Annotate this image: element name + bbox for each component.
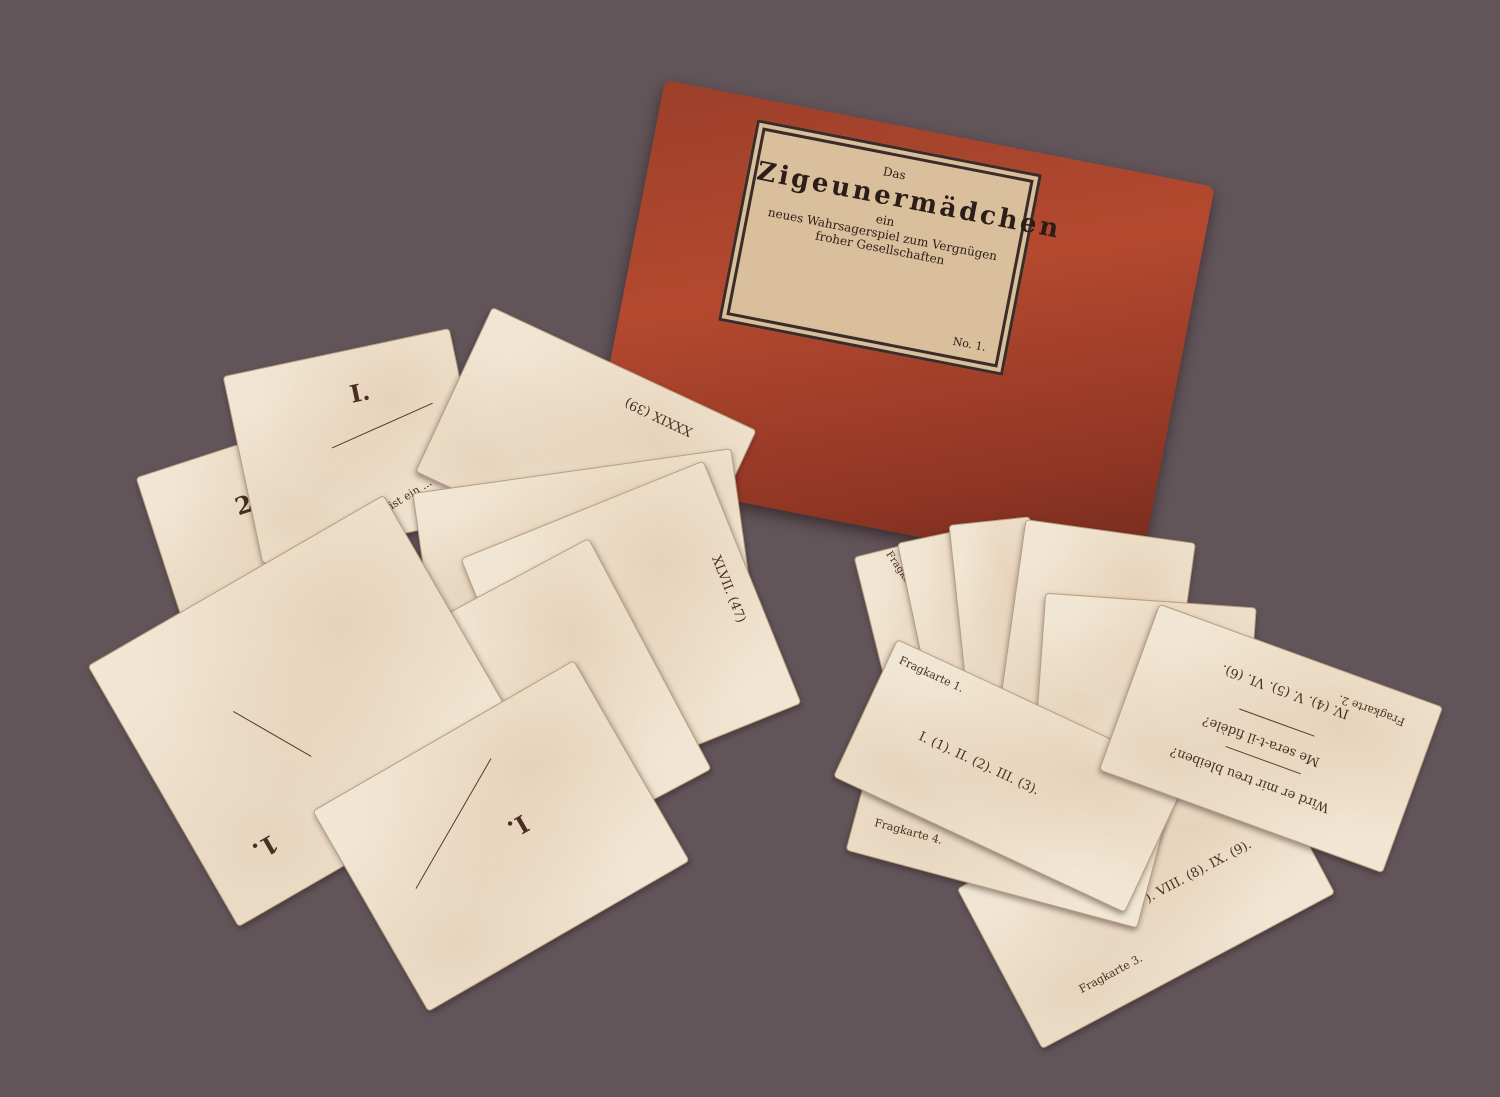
card-number: XXXIX (39) [623,394,696,439]
card-text: I. (1). II. (2). III. (3). [916,729,1042,799]
card-number: I. [502,808,533,843]
card-label: Fragkarte 3. [1077,952,1145,996]
card-number: 1. [247,828,283,865]
card-text: IV. (4). V. (5). VI. (6). [1220,661,1352,722]
card-number: XLVII. (47) [707,554,748,626]
card-number: I. [347,377,372,409]
label-number: No. 1. [952,335,987,354]
photo-scene: Das Zigeunermädchen ein neues Wahrsagers… [0,0,1500,1097]
